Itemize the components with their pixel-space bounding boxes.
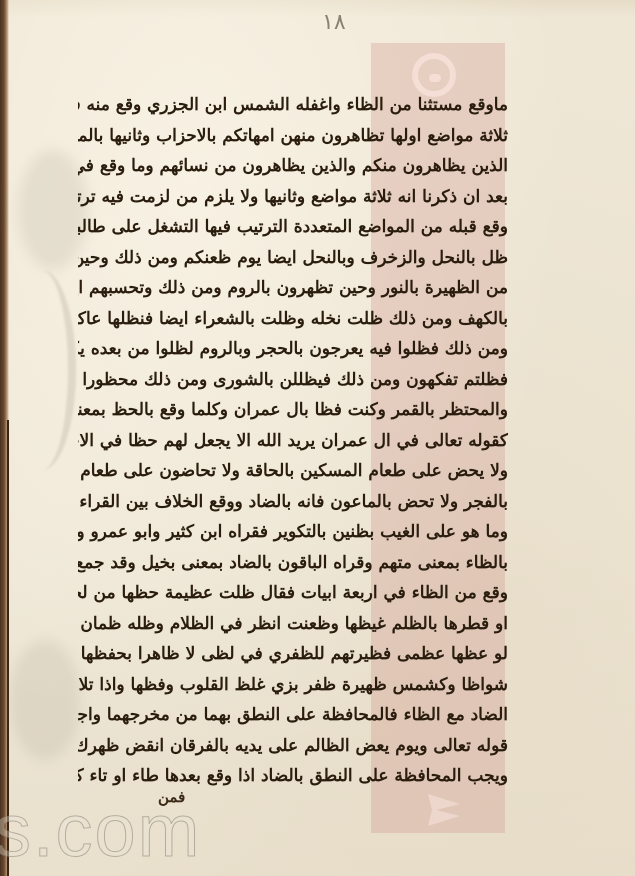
- text-line: وقع قبله من المواضع المتعددة الترتيب فيه…: [78, 212, 508, 243]
- text-line: ثلاثة مواضع اولها تظاهرون منهن امهاتكم ب…: [78, 121, 508, 152]
- text-line: ماوقع مستثنا من الظاء واغفله الشمس ابن ا…: [78, 90, 508, 121]
- crescent-stain: [8, 270, 76, 470]
- text-line: بالفجر ولا تحض بالماعون فانه بالضاد ووقع…: [78, 487, 508, 518]
- w-logo-icon: [424, 790, 464, 830]
- text-line: وقع من الظاء في اربعة ابيات فقال ظلت عظي…: [78, 578, 508, 609]
- text-line: ويجب المحافظة على النطق بالضاد اذا وقع ب…: [78, 761, 508, 792]
- text-line: من الظهيرة بالنور وحين تظهرون بالروم ومن…: [78, 273, 508, 304]
- manuscript-text: ماوقع مستثنا من الظاء واغفله الشمس ابن ا…: [78, 90, 508, 792]
- text-line: كقوله تعالى في ال عمران يريد الله الا يج…: [78, 426, 508, 457]
- page-number: ١٨: [322, 10, 346, 35]
- text-line: الذين يظاهرون منكم والذين يظاهرون من نسا…: [78, 151, 508, 182]
- text-line: شواظا وكشمس ظهيرة ظفر بزي غلظ القلوب وفظ…: [78, 670, 508, 701]
- manuscript-page: ١٨ ماوقع مستثنا من الظاء واغفله الشمس اب…: [0, 0, 635, 876]
- text-line: لو عظها عظمى فظيرتهم للظفري في لظى لا ظا…: [78, 639, 508, 670]
- text-line: قوله تعالى ويوم يعض الظالم على يديه بالف…: [78, 731, 508, 762]
- text-line: بعد ان ذكرنا انه ثلاثة مواضع وثانيها ولا…: [78, 182, 508, 213]
- text-line: ولا يحض على طعام المسكين بالحاقة ولا تحا…: [78, 456, 508, 487]
- text-line: وما هو على الغيب بظنين بالتكوير فقراه اب…: [78, 517, 508, 548]
- text-line: الضاد مع الظاء فالمحافظة على النطق بهما …: [78, 700, 508, 731]
- text-line: بالظاء بمعنى متهم وقراه الباقون بالضاد ب…: [78, 548, 508, 579]
- text-line: والمحتظر بالقمر وكنت فظا بال عمران وكلما…: [78, 395, 508, 426]
- text-line: بالكهف ومن ذلك ظلت نخله وظلت بالشعراء اي…: [78, 304, 508, 335]
- logo-inner-mark: [429, 74, 441, 82]
- text-line: او قطرها بالظلم غيظها وظعنت انظر في الظل…: [78, 609, 508, 640]
- text-line: فظلتم تفكهون ومن ذلك فيظللن بالشورى ومن …: [78, 365, 508, 396]
- site-watermark-text: s.com: [0, 788, 201, 873]
- text-line: ومن ذلك فظلوا فيه يعرجون بالحجر وبالروم …: [78, 334, 508, 365]
- text-line: ظل بالنحل والزخرف وبالنحل ايضا يوم ظعنكم…: [78, 243, 508, 274]
- paper-stain: [10, 640, 80, 760]
